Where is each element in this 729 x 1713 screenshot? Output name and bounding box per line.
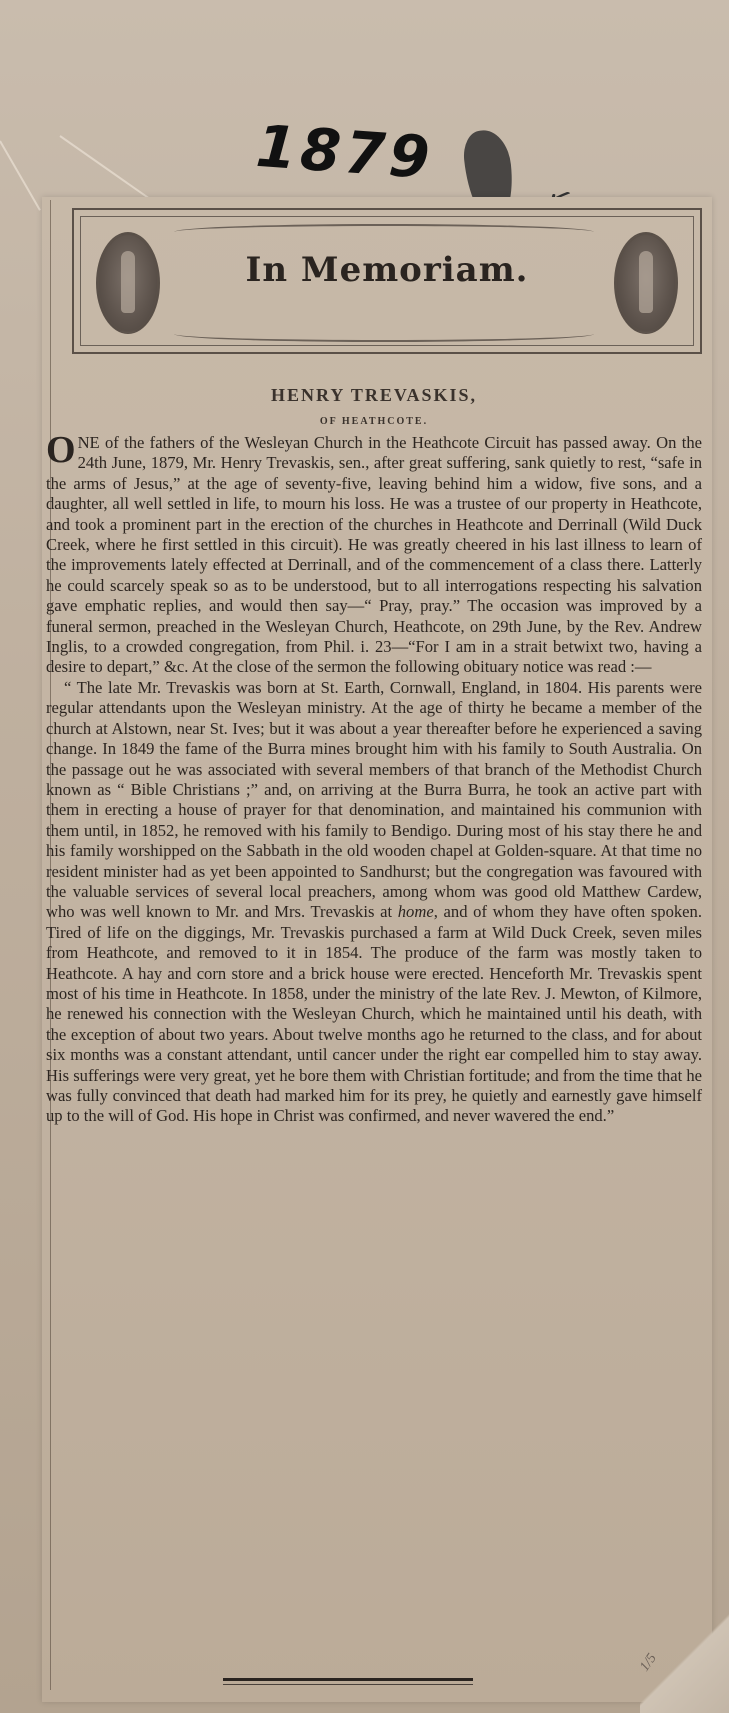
closing-rule-thin	[223, 1684, 473, 1685]
banner-title: In Memoriam.	[74, 250, 700, 290]
paragraph-text: , and of whom they have often spoken. Ti…	[46, 902, 702, 1125]
closing-rule	[223, 1678, 473, 1681]
obituary-article: HENRY TREVASKIS, OF HEATHCOTE. ONE of th…	[46, 385, 702, 1127]
paragraph-text: “ The late Mr. Trevaskis was born at St.…	[46, 678, 702, 921]
article-subheadline: OF HEATHCOTE.	[46, 416, 702, 427]
dropcap: O	[46, 435, 76, 465]
ornament-scroll	[174, 326, 594, 342]
article-headline: HENRY TREVASKIS,	[46, 385, 702, 406]
handwritten-year: 1879	[254, 112, 436, 192]
paragraph-obituary-notice: “ The late Mr. Trevaskis was born at St.…	[46, 678, 702, 1127]
italic-word: home	[398, 902, 434, 921]
in-memoriam-banner: In Memoriam.	[72, 208, 702, 354]
paragraph-intro: ONE of the fathers of the Wesleyan Churc…	[46, 433, 702, 678]
ornament-scroll	[174, 224, 594, 240]
paragraph-text: NE of the fathers of the Wesleyan Church…	[46, 433, 702, 676]
